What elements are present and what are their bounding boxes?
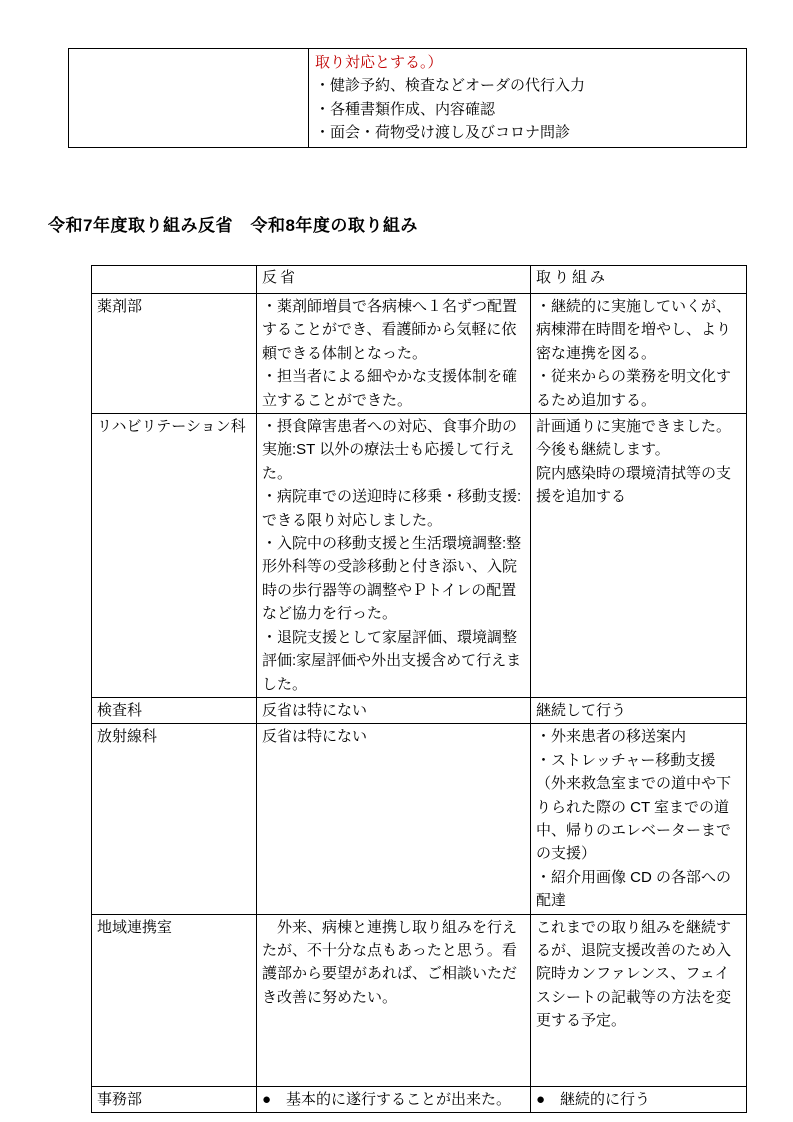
hansei-cell: ・摂食障害患者への対応、食事介助の実施:ST 以外の療法士も応援して行えた。 ・… [257, 414, 531, 698]
top-table-bullet-lines: ・健診予約、検査などオーダの代行入力 ・各種書類作成、内容確認 ・面会・荷物受け… [315, 74, 740, 144]
review-table-header-row: 反省 取り組み [92, 266, 747, 294]
header-cell-empty [92, 266, 257, 294]
torikumi-cell: ● 継続的に行う [531, 1086, 747, 1112]
hansei-cell: 外来、病棟と連携し取り組みを行えたが、不十分な点もあったと思う。看護部から要望が… [257, 914, 531, 1086]
hansei-cell: ・薬剤師増員で各病棟へ１名ずつ配置することができ、看護師から気軽に依頼できる体制… [257, 294, 531, 414]
torikumi-cell: ・継続的に実施していくが、病棟滞在時間を増やし、より密な連携を図る。 ・従来から… [531, 294, 747, 414]
dept-cell: 地域連携室 [92, 914, 257, 1086]
top-table: 取り対応とする。） ・健診予約、検査などオーダの代行入力 ・各種書類作成、内容確… [68, 48, 747, 148]
table-row-rehabilitation: リハビリテーション科 ・摂食障害患者への対応、食事介助の実施:ST 以外の療法士… [92, 414, 747, 698]
torikumi-cell: 継続して行う [531, 697, 747, 723]
section-heading: 令和7年度取り組み反省 令和8年度の取り組み [48, 211, 418, 236]
dept-cell: 検査科 [92, 697, 257, 723]
top-table-row: 取り対応とする。） ・健診予約、検査などオーダの代行入力 ・各種書類作成、内容確… [69, 49, 747, 148]
top-table-content-cell: 取り対応とする。） ・健診予約、検査などオーダの代行入力 ・各種書類作成、内容確… [309, 49, 747, 148]
table-row-pharmacy: 薬剤部 ・薬剤師増員で各病棟へ１名ずつ配置することができ、看護師から気軽に依頼で… [92, 294, 747, 414]
top-table-red-line: 取り対応とする。） [315, 51, 740, 74]
table-row-radiology: 放射線科 反省は特にない ・外来患者の移送案内 ・ストレッチャー移動支援 （外来… [92, 724, 747, 914]
dept-cell: 事務部 [92, 1086, 257, 1112]
top-table-empty-cell [69, 49, 309, 148]
table-row-laboratory: 検査科 反省は特にない 継続して行う [92, 697, 747, 723]
review-table: 反省 取り組み 薬剤部 ・薬剤師増員で各病棟へ１名ずつ配置することができ、看護師… [91, 265, 747, 1113]
hansei-cell: ● 基本的に遂行することが出来た。 [257, 1086, 531, 1112]
table-row-administration: 事務部 ● 基本的に遂行することが出来た。 ● 継続的に行う [92, 1086, 747, 1112]
dept-cell: リハビリテーション科 [92, 414, 257, 698]
torikumi-cell: 計画通りに実施できました。今後も継続します。 院内感染時の環境清拭等の支援を追加… [531, 414, 747, 698]
torikumi-cell: ・外来患者の移送案内 ・ストレッチャー移動支援 （外来救急室までの道中や下りられ… [531, 724, 747, 914]
hansei-cell: 反省は特にない [257, 724, 531, 914]
document-page: 取り対応とする。） ・健診予約、検査などオーダの代行入力 ・各種書類作成、内容確… [0, 0, 793, 1122]
dept-cell: 薬剤部 [92, 294, 257, 414]
header-cell-hansei: 反省 [257, 266, 531, 294]
dept-cell: 放射線科 [92, 724, 257, 914]
torikumi-cell: これまでの取り組みを継続するが、退院支援改善のため入院時カンファレンス、フェイス… [531, 914, 747, 1086]
header-cell-torikumi: 取り組み [531, 266, 747, 294]
table-row-regional-cooperation: 地域連携室 外来、病棟と連携し取り組みを行えたが、不十分な点もあったと思う。看護… [92, 914, 747, 1086]
hansei-cell: 反省は特にない [257, 697, 531, 723]
